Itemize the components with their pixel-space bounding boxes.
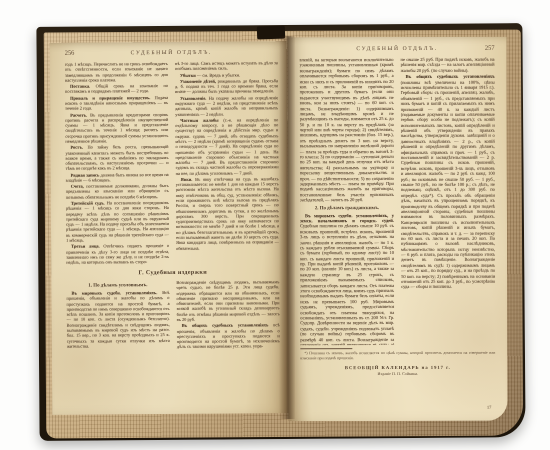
paragraph: Въ общихъ судебныхъ установленіяхъ всѣ п…: [177, 322, 280, 349]
left-column-1: годъ 1 мѣсяцъ. Перечислить не на срокъ о…: [65, 61, 169, 266]
left-column-2-lower: Вознагражденіе свѣдущимъ людямъ, вызывае…: [176, 279, 280, 398]
body-text: Всѣ прошенія, объявленія и жалобы по дѣл…: [66, 290, 169, 349]
footnote: *) Пошлина съ исковъ, жалобъ исчисляется…: [300, 351, 495, 361]
paragraph: Въ мировыхъ судебн. установленіяхъ, у зе…: [300, 213, 394, 346]
footnote-rule: [300, 348, 352, 349]
body-text: Судебная пошлина по дѣламъ свыше 10 руб.…: [300, 223, 394, 345]
left-page-content: 256 СУДЕБНЫЙ ОТДѢЛЪ. годъ 1 мѣсяцъ. Пере…: [65, 48, 280, 404]
paragraph: Явки. Въ явку отвѣтчика на судъ въ жалоб…: [176, 176, 280, 251]
imprint: ВСЕОБЩІЙ КАЛЕНДАРЬ на 1917 г. Изданіе П.…: [300, 364, 495, 376]
left-page: 256 СУДЕБНЫЙ ОТДѢЛЪ. годъ 1 мѣсяцъ. Пере…: [50, 41, 290, 415]
left-column-1-lower: 1. По дѣламъ уголовнымъ. Въ мировыхъ суд…: [66, 280, 170, 399]
running-head-right: СУДЕБНЫЙ ОТДѢЛЪ.: [326, 46, 469, 52]
book-photo: 256 СУДЕБНЫЙ ОТДѢЛЪ. годъ 1 мѣсяцъ. Пере…: [0, 0, 550, 450]
paragraph: Расчетъ. Въ предъявленіи кредиторами спо…: [65, 112, 168, 144]
paragraph: Вознагражденіе свѣдущимъ людямъ, вызывае…: [176, 279, 279, 322]
subsection-heading: 2. По дѣламъ гражданскимъ.: [300, 206, 394, 211]
right-page-content: СУДЕБНЫЙ ОТДѢЛЪ. 257 вленій, на которыя …: [300, 45, 496, 412]
paragraph: Въ мировыхъ судебн. установленіяхъ. Всѣ …: [66, 290, 169, 349]
body-text: (т.-е. на опредѣленія по отдѣльному вопр…: [175, 117, 278, 176]
body-text: нѣ 3-го лица. Самъ истецъ можетъ вступат…: [175, 60, 278, 71]
signature-mark: 17: [487, 405, 492, 410]
paragraph: Привалъ и приращеніе имуществъ. Подача и…: [65, 95, 168, 112]
page-number-left: 256: [65, 50, 91, 57]
paragraph: Ростъ. По займу безъ роста, превышающій …: [65, 144, 168, 171]
right-column-2: не свыше 25 руб. При подачѣ исковъ, жало…: [401, 57, 496, 345]
body-text: не свыше 25 руб. При подачѣ исковъ, жало…: [401, 57, 495, 73]
body-text: — см. Вредъ и убытки.: [196, 72, 240, 77]
imprint-publisher: Изданіе П. П. Сойкина.: [300, 371, 495, 377]
lead-term: Въ мировыхъ судебн. установленіяхъ, у зе…: [300, 213, 394, 224]
paragraph: вленій, на которыя возлагаются исключите…: [300, 57, 394, 203]
body-text: (пошлины всѣ увеличены на 100%, цѣны исч…: [401, 79, 496, 289]
body-text: вленій, на которыя возлагаются исключите…: [300, 57, 394, 202]
paragraph: Въ общихъ судебныхъ установленіяхъ (пошл…: [401, 74, 496, 290]
body-text: Вознагражденіе свѣдущимъ людямъ, вызывае…: [176, 279, 279, 322]
left-running-head-row: 256 СУДЕБНЫЙ ОТДѢЛЪ.: [65, 48, 278, 56]
page-number-right: 257: [469, 45, 495, 52]
right-running-head-row: СУДЕБНЫЙ ОТДѢЛЪ. 257: [300, 45, 495, 53]
paragraph: Третейскій судъ. На постановленіе посред…: [66, 200, 169, 243]
paragraph: годъ 1 мѣсяцъ. Перечислить не на срокъ о…: [65, 61, 168, 83]
paragraph: Усыновленіе. На подачу жалобы на опредѣл…: [175, 95, 278, 117]
paragraph: нѣ 3-го лица. Самъ истецъ можетъ вступат…: [175, 60, 278, 71]
paragraph: Третьи лица. Отвѣтчикъ подаетъ прошеніе …: [66, 243, 169, 265]
body-text: Въ явку отвѣтчика на судъ въ жалобахъ ус…: [176, 176, 279, 250]
body-text: На постановленіе посредниковъ рѣшенія — …: [66, 200, 169, 243]
paragraph: не свыше 25 руб. При подачѣ исковъ, жало…: [401, 57, 495, 73]
gutter-shadow: [279, 36, 295, 419]
body-text: годъ 1 мѣсяцъ. Перечислить не на срокъ о…: [65, 61, 168, 83]
paragraph: Рядная запись должна быть явлена во все …: [66, 172, 169, 183]
paragraph: Узаконеніе дѣтей, рожденныхъ до брака. П…: [175, 78, 278, 95]
lead-term: Убытки: [180, 72, 196, 77]
left-lower-columns: 1. По дѣламъ уголовнымъ. Въ мировыхъ суд…: [66, 279, 280, 398]
imprint-title: ВСЕОБЩІЙ КАЛЕНДАРЬ на 1917 г.: [300, 364, 495, 370]
subsection-heading: 1. По дѣламъ уголовнымъ.: [66, 283, 169, 289]
section-heading: Г. Судебныя издержки: [66, 269, 279, 276]
right-page: СУДЕБНЫЙ ОТДѢЛЪ. 257 вленій, на которыя …: [287, 37, 507, 422]
paragraph: Частныя жалобы (т.-е. на опредѣленія по …: [175, 117, 278, 176]
left-upper-columns: годъ 1 мѣсяцъ. Перечислить не на срокъ о…: [65, 60, 279, 265]
paragraph: Счета, поставляемые должниками, должны б…: [66, 183, 169, 200]
left-column-2: нѣ 3-го лица. Самъ истецъ можетъ вступат…: [175, 60, 279, 265]
right-columns: вленій, на которыя возлагаются исключите…: [300, 57, 496, 346]
right-column-1: вленій, на которыя возлагаются исключите…: [300, 57, 395, 345]
paragraph: Поставка. Общій срокъ на взысканіе по по…: [65, 83, 168, 94]
paragraph: Убытки — см. Вредъ и убытки.: [175, 72, 278, 78]
running-head-left: СУДЕБНЫЙ ОТДѢЛЪ.: [91, 49, 252, 56]
